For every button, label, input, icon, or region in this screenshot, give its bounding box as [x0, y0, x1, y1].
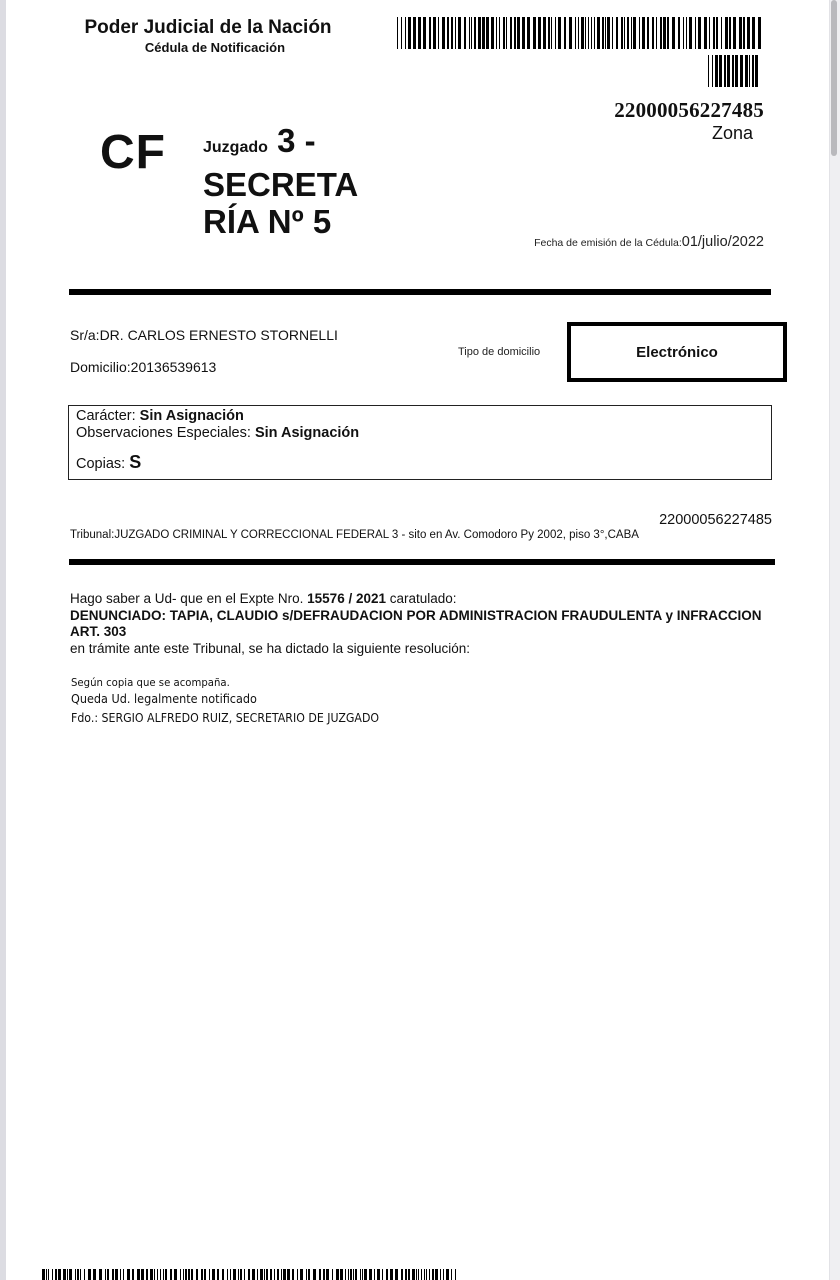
copias-row: Copias: S	[76, 454, 764, 473]
observaciones-label: Observaciones Especiales:	[76, 425, 251, 441]
document-number-secondary: 22000056227485	[659, 512, 772, 528]
juzgado-label: Juzgado	[203, 139, 268, 156]
caratula: DENUNCIADO: TAPIA, CLAUDIO s/DEFRAUDACIO…	[70, 608, 780, 641]
barcode-icon	[397, 17, 763, 49]
intro-prefix: Hago saber a Ud- que en el Expte Nro.	[70, 591, 303, 606]
caracter-row: Carácter: Sin Asignación	[76, 408, 764, 425]
divider	[69, 289, 771, 295]
header-title: Poder Judicial de la Nación	[60, 17, 356, 39]
secretaria-line2: RÍA Nº 5	[203, 203, 331, 240]
tramite-line: en trámite ante este Tribunal, se ha dic…	[70, 641, 780, 658]
segun-copia: Según copia que se acompaña.	[71, 676, 230, 689]
tribunal-line: Tribunal:JUZGADO CRIMINAL Y CORRECCIONAL…	[70, 529, 639, 541]
barcode-icon	[708, 55, 760, 87]
jurisdiction-code: CF	[100, 125, 166, 180]
expediente-number: 15576 / 2021	[307, 591, 386, 606]
observaciones-row: Observaciones Especiales: Sin Asignación	[76, 425, 764, 442]
caracter-label: Carácter:	[76, 408, 136, 424]
tipo-domicilio-box: Electrónico	[567, 322, 787, 382]
scrollbar-thumb[interactable]	[831, 0, 837, 156]
page-edge	[0, 0, 6, 1280]
document-number: 22000056227485	[614, 98, 764, 123]
queda-notificado: Queda Ud. legalmente notificado	[71, 691, 257, 706]
caracter-value: Sin Asignación	[140, 408, 244, 424]
header-subtitle: Cédula de Notificación	[60, 40, 370, 55]
barcode-icon	[42, 1269, 460, 1280]
details-box: Carácter: Sin Asignación Observaciones E…	[68, 405, 772, 480]
zona-label: Zona	[712, 123, 753, 144]
notification-body: Hago saber a Ud- que en el Expte Nro. 15…	[70, 591, 780, 657]
intro-suffix: caratulado:	[390, 591, 457, 606]
juzgado-number: 3 -	[277, 122, 316, 159]
firma: Fdo.: SERGIO ALFREDO RUIZ, SECRETARIO DE…	[71, 710, 379, 725]
emission-date-label: Fecha de emisión de la Cédula:	[534, 237, 682, 249]
observaciones-value: Sin Asignación	[255, 425, 359, 441]
divider	[69, 559, 775, 565]
tipo-domicilio-label: Tipo de domicilio	[458, 346, 540, 358]
scrollbar-track[interactable]	[829, 0, 840, 1280]
secretaria-line1: SECRETA	[203, 166, 358, 203]
recipient-name: Sr/a:DR. CARLOS ERNESTO STORNELLI	[70, 327, 338, 343]
court-name: Juzgado 3 - SECRETA RÍA Nº 5	[203, 122, 373, 240]
recipient-domicilio: Domicilio:20136539613	[70, 359, 216, 375]
emission-date-value: 01/julio/2022	[682, 234, 764, 250]
emission-date: Fecha de emisión de la Cédula:01/julio/2…	[534, 234, 764, 250]
intro-line: Hago saber a Ud- que en el Expte Nro. 15…	[70, 591, 780, 608]
copias-label: Copias:	[76, 456, 125, 472]
copias-value: S	[129, 452, 141, 472]
